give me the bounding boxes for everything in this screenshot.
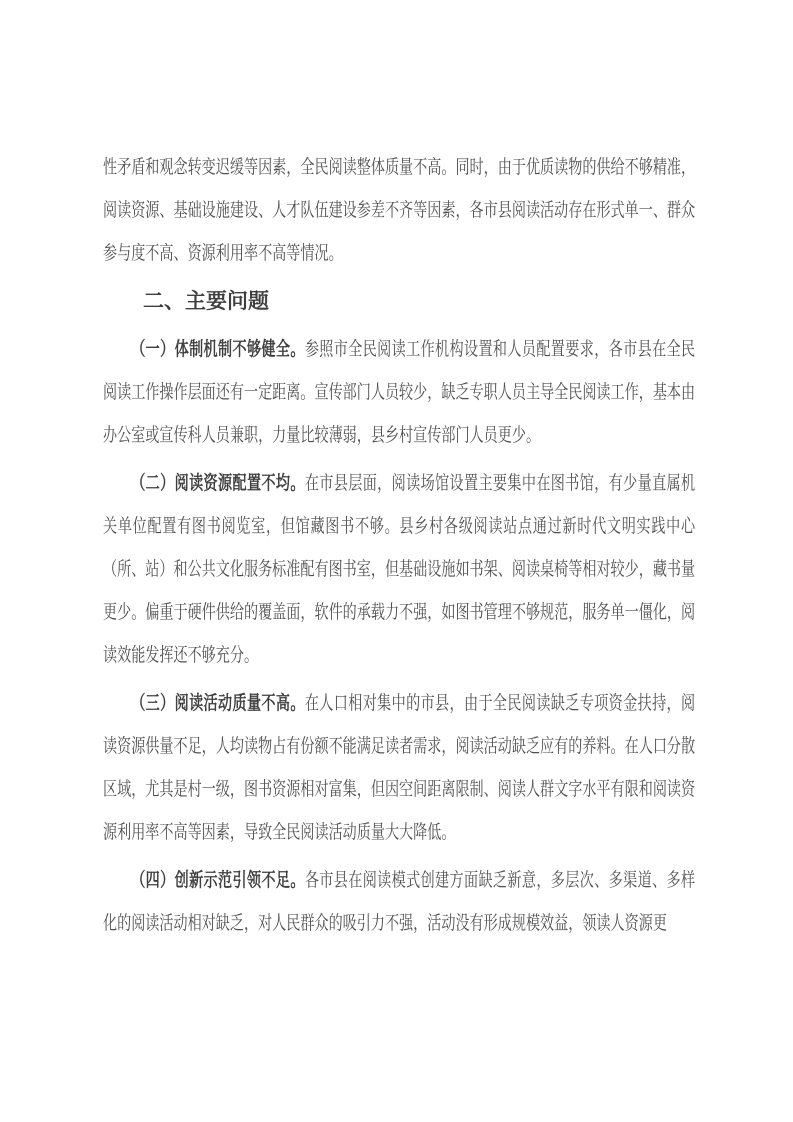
item-3-body: 在人口相对集中的市县，由于全民阅读缺乏专项资金扶持，阅读资源供量不足，人均读物占… [103, 693, 695, 843]
paragraph-item-2: （二）阅读资源配置不均。在市县层面，阅读场馆设置主要集中在图书馆，有少量直属机关… [103, 462, 695, 677]
paragraph-item-3: （三）阅读活动质量不高。在人口相对集中的市县，由于全民阅读缺乏专项资金扶持，阅读… [103, 682, 695, 854]
item-4-lead: （四）创新示范引领不足。 [131, 870, 305, 891]
item-1-lead: （一）体制机制不够健全。 [131, 339, 305, 360]
document-page: 性矛盾和观念转变迟缓等因素，全民阅读整体质量不高。同时，由于优质读物的供给不够精… [0, 0, 793, 1122]
paragraph-item-4: （四）创新示范引领不足。各市县在阅读模式创建方面缺乏新意，多层次、多渠道、多样化… [103, 859, 695, 945]
paragraph-item-1: （一）体制机制不够健全。参照市全民阅读工作机构设置和人员配置要求，各市县在全民阅… [103, 328, 695, 457]
item-2-lead: （二）阅读资源配置不均。 [131, 473, 305, 494]
paragraph-intro: 性矛盾和观念转变迟缓等因素，全民阅读整体质量不高。同时，由于优质读物的供给不够精… [103, 146, 695, 275]
item-3-lead: （三）阅读活动质量不高。 [131, 693, 305, 714]
item-2-body: 在市县层面，阅读场馆设置主要集中在图书馆，有少量直属机关单位配置有图书阅览室，但… [103, 473, 695, 666]
section-heading: 二、主要问题 [103, 280, 793, 323]
